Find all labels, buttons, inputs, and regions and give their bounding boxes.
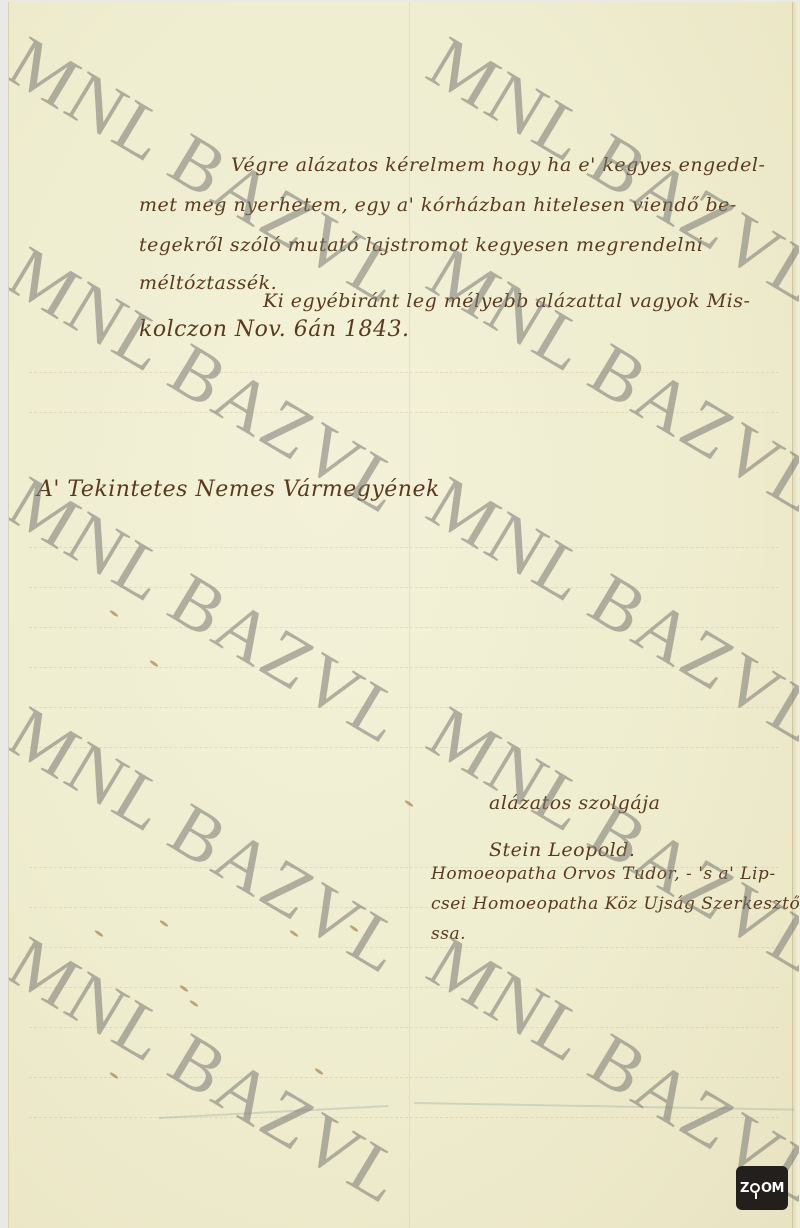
ruled-line [29,747,779,749]
ruled-line [29,707,779,709]
date-line: kolczon Nov. 6án 1843. [139,317,410,342]
paper-crease [414,1102,794,1111]
closing-salutation: alázatos szolgája [489,792,660,814]
watermark: MNL BAZVL [413,230,799,532]
ruled-line [29,667,779,669]
letter-line-5: Ki egyébiránt leg mélyebb alázattal vagy… [263,290,750,312]
letter-line-4: méltóztassék. [139,272,277,294]
ruled-line [29,547,779,549]
addressee: A' Tekintetes Nemes Vármegyének [37,477,440,502]
ink-stain [349,924,359,932]
watermark: MNL BAZVL [413,460,799,762]
ink-stain [189,999,199,1007]
ruled-line [29,947,779,949]
ruled-line [29,1077,779,1079]
signature: Stein Leopold. [489,839,635,861]
watermark: MNL BAZVL [8,920,418,1222]
zoom-label-left: Z [740,1181,749,1196]
scanned-document-page: Végre alázatos kérelmem hogy ha e' kegye… [8,2,799,1228]
ruled-line [29,987,779,989]
title-line-3: ssa. [431,924,466,944]
ink-stain [159,919,169,927]
ink-stain [94,929,104,937]
zoom-label-right: OM [761,1181,784,1196]
ink-stain [314,1067,324,1075]
ruled-line [29,627,779,629]
ruled-line [29,587,779,589]
page-edge [792,2,799,1228]
ruled-line [29,412,779,414]
title-line-2: csei Homoeopatha Köz Ujság Szerkesztő- [431,894,799,914]
ink-stain [179,984,189,992]
ruled-line [29,1027,779,1029]
ruled-line [29,372,779,374]
ruled-line [29,1117,779,1119]
title-line-1: Homoeopatha Orvos Tudor, - 's a' Lip- [431,864,776,884]
letter-line-3: tegekről szóló mutató lajstromot kegyese… [139,234,703,256]
watermark: MNL BAZVL [8,460,418,762]
ink-stain [109,609,119,617]
vertical-fold [409,2,411,1228]
magnifier-icon [750,1183,760,1193]
letter-line-1: Végre alázatos kérelmem hogy ha e' kegye… [231,154,765,176]
zoom-button[interactable]: Z OM [736,1166,788,1210]
letter-line-2: met meg nyerhetem, egy a' kórházban hite… [139,194,737,216]
ink-stain [289,929,299,937]
